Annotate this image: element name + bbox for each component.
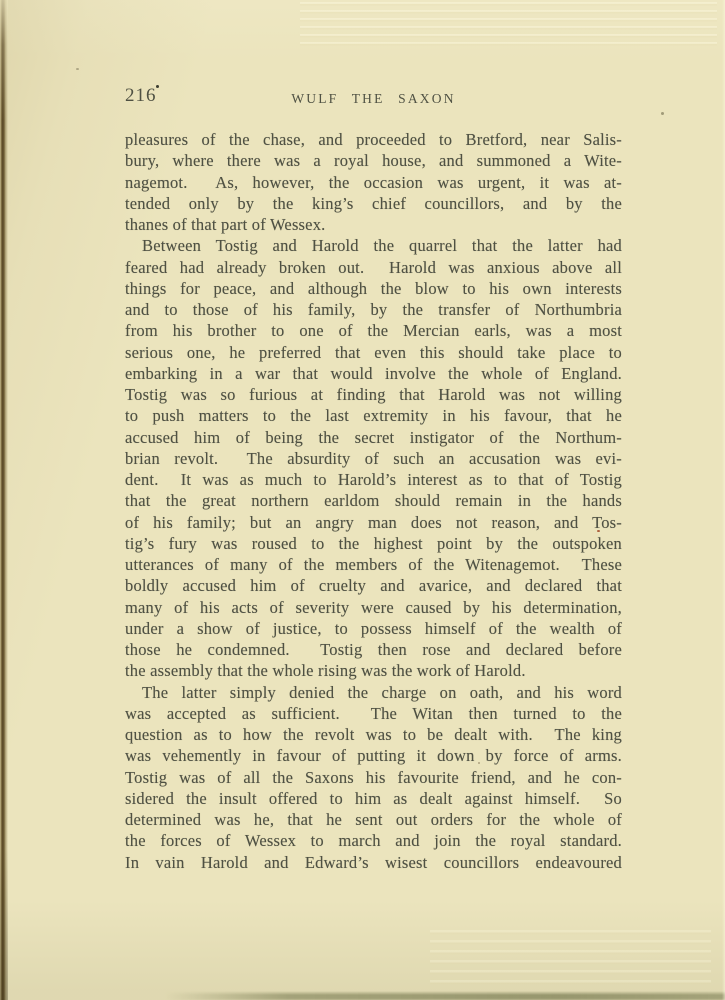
running-title: WULF THE SAXON	[125, 91, 622, 107]
ink-speck	[76, 68, 79, 70]
text-line: tended only by the king’s chief councill…	[125, 193, 622, 214]
text-line: serious one, he preferred that even this…	[125, 342, 622, 363]
text-line: boldly accused him of cruelty and avaric…	[125, 575, 622, 596]
text-line: In vain Harold and Edward’s wisest counc…	[125, 852, 622, 873]
text-line: things for peace, and although the blow …	[125, 278, 622, 299]
text-line: embarking in a war that would involve th…	[125, 363, 622, 384]
text-line: from his brother to one of the Mercian e…	[125, 320, 622, 341]
ink-speck	[478, 762, 480, 764]
text-line: under a show of justice, to possess hims…	[125, 618, 622, 639]
text-line: that the great northern earldom should r…	[125, 490, 622, 511]
text-line: dent. It was as much to Harold’s interes…	[125, 469, 622, 490]
ink-speck	[597, 530, 600, 532]
text-line: bury, where there was a royal house, and…	[125, 150, 622, 171]
text-line: thanes of that part of Wessex.	[125, 214, 622, 235]
text-line: Between Tostig and Harold the quarrel th…	[125, 235, 622, 256]
text-line: question as to how the revolt was to be …	[125, 724, 622, 745]
page-edge-streaks-bottom	[430, 930, 711, 986]
text-line: Tostig was so furious at finding that Ha…	[125, 384, 622, 405]
text-line: tig’s fury was roused to the highest poi…	[125, 533, 622, 554]
text-line: accused him of being the secret instigat…	[125, 427, 622, 448]
text-line: nagemot. As, however, the occasion was u…	[125, 172, 622, 193]
ink-speck	[661, 112, 664, 115]
text-line: The latter simply denied the charge on o…	[125, 682, 622, 703]
text-line: utterances of many of the members of the…	[125, 554, 622, 575]
page-edge-streaks-top	[300, 2, 717, 46]
text-line: pleasures of the chase, and proceeded to…	[125, 129, 622, 150]
text-line: those he condemned. Tostig then rose and…	[125, 639, 622, 660]
text-line: the forces of Wessex to march and join t…	[125, 830, 622, 851]
ink-speck	[156, 85, 159, 88]
text-line: was accepted as sufficient. The Witan th…	[125, 703, 622, 724]
text-line: the assembly that the whole rising was t…	[125, 660, 622, 681]
text-line: Tostig was of all the Saxons his favouri…	[125, 767, 622, 788]
text-line: of his family; but an angry man does not…	[125, 512, 622, 533]
text-line: feared had already broken out. Harold wa…	[125, 257, 622, 278]
text-block: pleasures of the chase, and proceeded to…	[125, 129, 622, 873]
text-line: brian revolt. The absurdity of such an a…	[125, 448, 622, 469]
binding-edge-shadow	[0, 0, 8, 1000]
text-line: sidered the insult offered to him as dea…	[125, 788, 622, 809]
book-page-scan: 216 WULF THE SAXON pleasures of the chas…	[0, 0, 725, 1000]
text-line: many of his acts of severity were caused…	[125, 597, 622, 618]
text-line: and to those of his family, by the trans…	[125, 299, 622, 320]
text-line: determined was he, that he sent out orde…	[125, 809, 622, 830]
text-line: to push matters to the last extremity in…	[125, 405, 622, 426]
page-bottom-edge-shadow	[165, 991, 725, 1000]
text-line: was vehemently in favour of putting it d…	[125, 745, 622, 766]
